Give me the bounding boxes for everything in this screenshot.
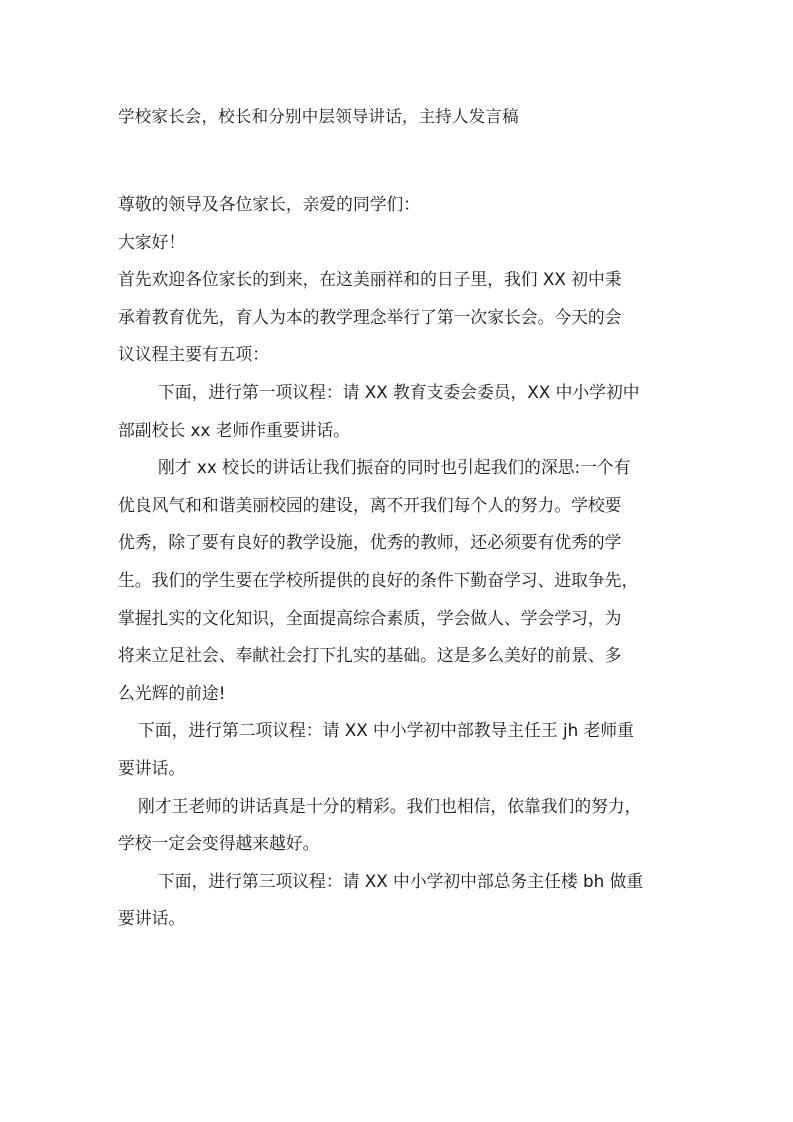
text-line: 优良风气和和谐美丽校园的建设，离不开我们每个人的努力。学校要 xyxy=(118,487,680,525)
text-line: 下面，进行第三项议程：请 XX 中小学初中部总务主任楼 bh 做重 xyxy=(118,863,680,901)
document-body: 尊敬的领导及各位家长，亲爱的同学们： 大家好！ 首先欢迎各位家长的到来，在这美丽… xyxy=(118,186,680,938)
text-line: 刚才王老师的讲话真是十分的精彩。我们也相信，依靠我们的努力， xyxy=(118,788,680,826)
text-line: 学校一定会变得越来越好。 xyxy=(118,825,680,863)
paragraph-agenda-2: 下面，进行第二项议程：请 XX 中小学初中部教导主任王 jh 老师重 要讲话。 xyxy=(118,712,680,787)
text-line: 生。我们的学生要在学校所提供的良好的条件下勤奋学习、进取争先， xyxy=(118,562,680,600)
text-line: 要讲话。 xyxy=(118,750,680,788)
paragraph-reflection-1: 刚才 xx 校长的讲话让我们振奋的同时也引起我们的深思:一个有 优良风气和和谐美… xyxy=(118,449,680,712)
text-line: 下面，进行第一项议程：请 XX 教育支委会委员，XX 中小学初中 xyxy=(118,374,680,412)
text-line: 下面，进行第二项议程：请 XX 中小学初中部教导主任王 jh 老师重 xyxy=(118,712,680,750)
paragraph-salutation: 尊敬的领导及各位家长，亲爱的同学们： xyxy=(118,186,680,224)
text-line: 将来立足社会、奉献社会打下扎实的基础。这是多么美好的前景、多 xyxy=(118,637,680,675)
text-line: 么光辉的前途! xyxy=(118,675,680,713)
text-line: 首先欢迎各位家长的到来，在这美丽祥和的日子里，我们 XX 初中秉 xyxy=(118,261,680,299)
paragraph-agenda-1: 下面，进行第一项议程：请 XX 教育支委会委员，XX 中小学初中 部副校长 xx… xyxy=(118,374,680,449)
paragraph-greeting: 大家好！ xyxy=(118,224,680,262)
text-line: 优秀，除了要有良好的教学设施，优秀的教师，还必须要有优秀的学 xyxy=(118,524,680,562)
text-line: 尊敬的领导及各位家长，亲爱的同学们： xyxy=(118,186,680,224)
text-line: 要讲话。 xyxy=(118,900,680,938)
text-line: 刚才 xx 校长的讲话让我们振奋的同时也引起我们的深思:一个有 xyxy=(118,449,680,487)
paragraph-agenda-3: 下面，进行第三项议程：请 XX 中小学初中部总务主任楼 bh 做重 要讲话。 xyxy=(118,863,680,938)
text-line: 大家好！ xyxy=(118,224,680,262)
paragraph-welcome: 首先欢迎各位家长的到来，在这美丽祥和的日子里，我们 XX 初中秉 承着教育优先，… xyxy=(118,261,680,374)
document-title: 学校家长会，校长和分别中层领导讲话，主持人发言稿 xyxy=(118,104,519,130)
text-line: 掌握扎实的文化知识，全面提高综合素质，学会做人、学会学习，为 xyxy=(118,600,680,638)
text-line: 部副校长 xx 老师作重要讲话。 xyxy=(118,412,680,450)
text-line: 承着教育优先，育人为本的教学理念举行了第一次家长会。今天的会 xyxy=(118,299,680,337)
paragraph-reflection-2: 刚才王老师的讲话真是十分的精彩。我们也相信，依靠我们的努力， 学校一定会变得越来… xyxy=(118,788,680,863)
text-line: 议议程主要有五项： xyxy=(118,336,680,374)
